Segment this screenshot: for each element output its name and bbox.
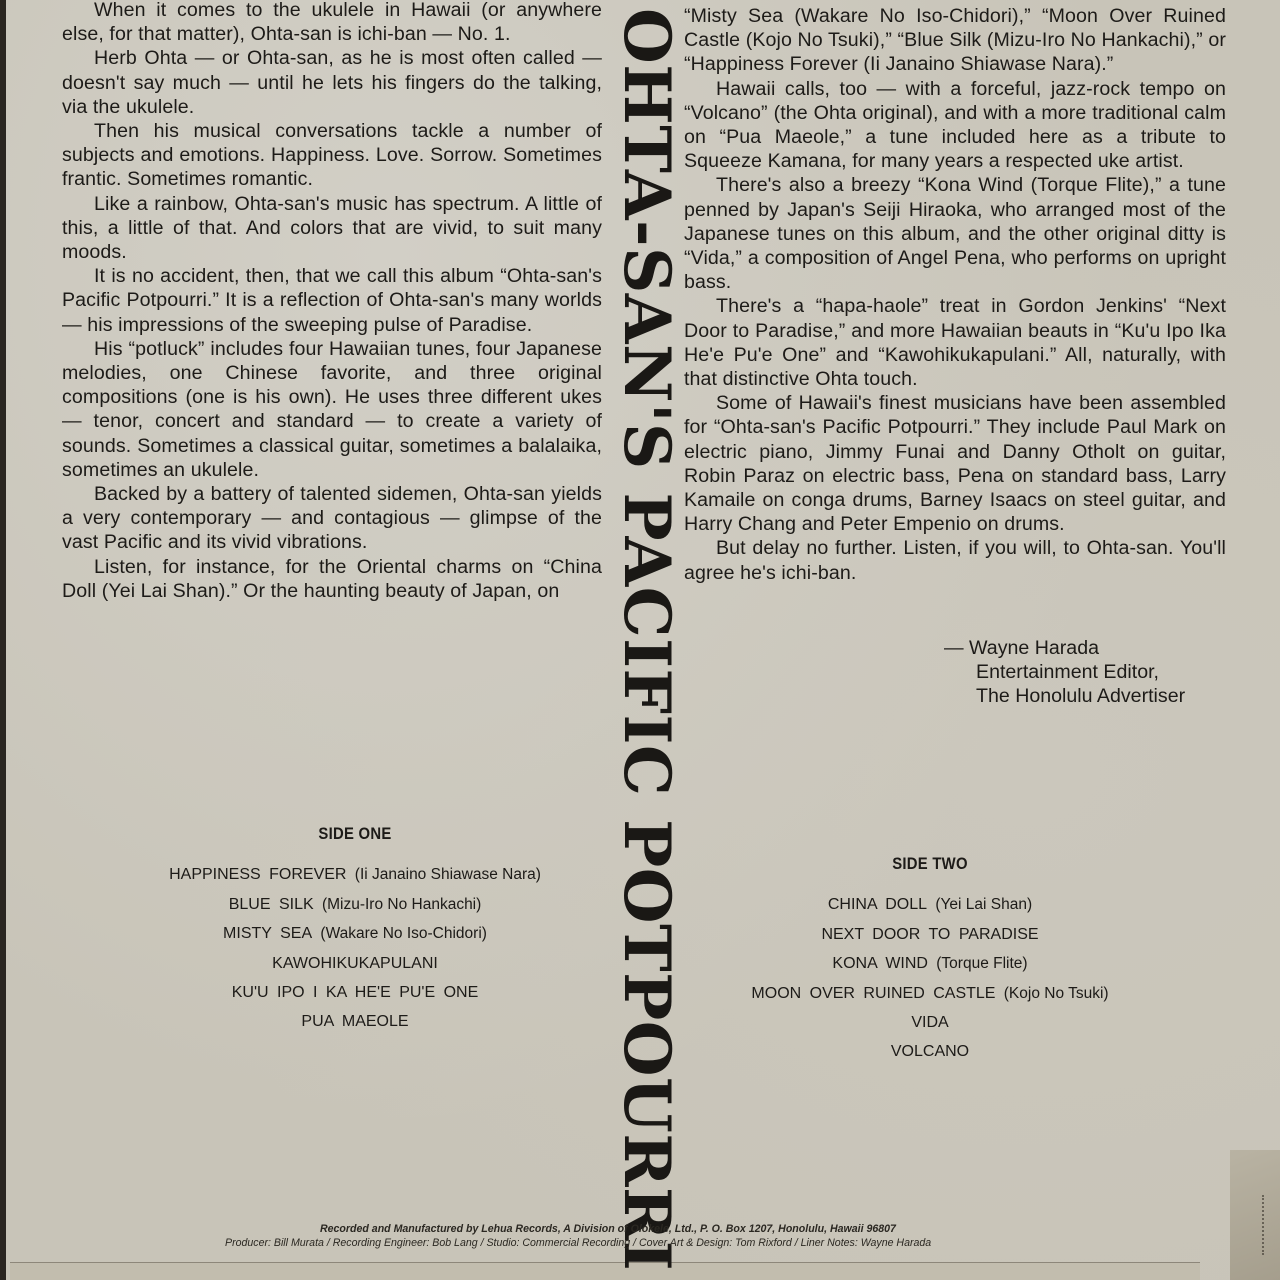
track-item: BLUE SILK (Mizu-Iro No Hankachi) — [140, 890, 570, 919]
liner-paragraph: It is no accident, then, that we call th… — [62, 264, 602, 337]
side-one-heading: SIDE ONE — [162, 820, 549, 849]
track-item: MISTY SEA (Wakare No Iso-Chidori) — [140, 919, 570, 948]
track-title: VOLCANO — [891, 1043, 969, 1060]
liner-paragraph: Listen, for instance, for the Oriental c… — [62, 555, 602, 603]
track-title: KAWOHIKUKAPULANI — [272, 955, 438, 972]
track-title: NEXT DOOR TO PARADISE — [821, 926, 1038, 943]
liner-notes-left-column: When it comes to the ukulele in Hawaii (… — [62, 0, 602, 603]
catalog-number-partial — [1262, 1195, 1278, 1255]
album-title: OHTA-SAN'S PACIFIC POTPOURRI — [610, 8, 682, 1271]
tracklist-side-two: SIDE TWO CHINA DOLL (Yei Lai Shan)NEXT D… — [730, 850, 1130, 1067]
track-title: BLUE SILK — [229, 896, 314, 913]
track-subtitle: (Wakare No Iso-Chidori) — [316, 925, 487, 942]
liner-paragraph: There's also a breezy “Kona Wind (Torque… — [684, 173, 1226, 294]
track-item: HAPPINESS FOREVER (Ii Janaino Shiawase N… — [140, 860, 570, 889]
track-title: PUA MAEOLE — [301, 1013, 408, 1030]
track-subtitle: (Mizu-Iro No Hankachi) — [318, 896, 482, 913]
track-title: KONA WIND — [832, 955, 928, 972]
track-item: KONA WIND (Torque Flite) — [730, 949, 1130, 978]
track-title: KU'U IPO I KA HE'E PU'E ONE — [232, 984, 479, 1001]
track-title: MISTY SEA — [223, 925, 312, 942]
sleeve-bottom-flap — [10, 1262, 1200, 1280]
track-item: KAWOHIKUKAPULANI — [140, 949, 570, 978]
track-item: VOLCANO — [730, 1037, 1130, 1066]
author-publication: The Honolulu Advertiser — [944, 684, 1185, 708]
track-item: NEXT DOOR TO PARADISE — [730, 920, 1130, 949]
track-subtitle: (Kojo No Tsuki) — [999, 985, 1108, 1002]
liner-paragraph: There's a “hapa-haole” treat in Gordon J… — [684, 294, 1226, 391]
liner-notes-signature: — Wayne Harada Entertainment Editor, The… — [944, 636, 1185, 708]
liner-paragraph: But delay no further. Listen, if you wil… — [684, 536, 1226, 584]
liner-paragraph: Then his musical conversations tackle a … — [62, 119, 602, 192]
liner-paragraph: Like a rainbow, Ohta-san's music has spe… — [62, 192, 602, 265]
track-item: CHINA DOLL (Yei Lai Shan) — [730, 890, 1130, 919]
track-item: PUA MAEOLE — [140, 1007, 570, 1036]
track-subtitle: (Ii Janaino Shiawase Nara) — [350, 866, 540, 883]
track-subtitle: (Torque Flite) — [932, 955, 1028, 972]
liner-paragraph: Herb Ohta — or Ohta-san, as he is most o… — [62, 46, 602, 119]
liner-paragraph: Hawaii calls, too — with a forceful, jaz… — [684, 77, 1226, 174]
manufacturer-credit: Recorded and Manufactured by Lehua Recor… — [320, 1222, 896, 1237]
track-title: VIDA — [911, 1014, 948, 1031]
author-name: — Wayne Harada — [944, 636, 1185, 660]
liner-paragraph: Backed by a battery of talented sidemen,… — [62, 482, 602, 555]
track-item: VIDA — [730, 1008, 1130, 1037]
personnel-credit: Producer: Bill Murata / Recording Engine… — [225, 1236, 931, 1251]
liner-paragraph: When it comes to the ukulele in Hawaii (… — [62, 0, 602, 46]
track-title: CHINA DOLL — [828, 896, 927, 913]
track-item: MOON OVER RUINED CASTLE (Kojo No Tsuki) — [730, 979, 1130, 1008]
track-title: HAPPINESS FOREVER — [169, 866, 346, 883]
liner-paragraph: His “potluck” includes four Hawaiian tun… — [62, 337, 602, 482]
side-two-heading: SIDE TWO — [750, 850, 1110, 879]
author-title: Entertainment Editor, — [944, 660, 1185, 684]
tracklist-side-one: SIDE ONE HAPPINESS FOREVER (Ii Janaino S… — [140, 820, 570, 1037]
track-title: MOON OVER RUINED CASTLE — [751, 985, 995, 1002]
liner-paragraph: Some of Hawaii's finest musicians have b… — [684, 391, 1226, 536]
liner-notes-right-column: “Misty Sea (Wakare No Iso-Chidori),” “Mo… — [684, 4, 1226, 585]
track-subtitle: (Yei Lai Shan) — [931, 896, 1032, 913]
liner-paragraph: “Misty Sea (Wakare No Iso-Chidori),” “Mo… — [684, 4, 1226, 77]
track-item: KU'U IPO I KA HE'E PU'E ONE — [140, 978, 570, 1007]
